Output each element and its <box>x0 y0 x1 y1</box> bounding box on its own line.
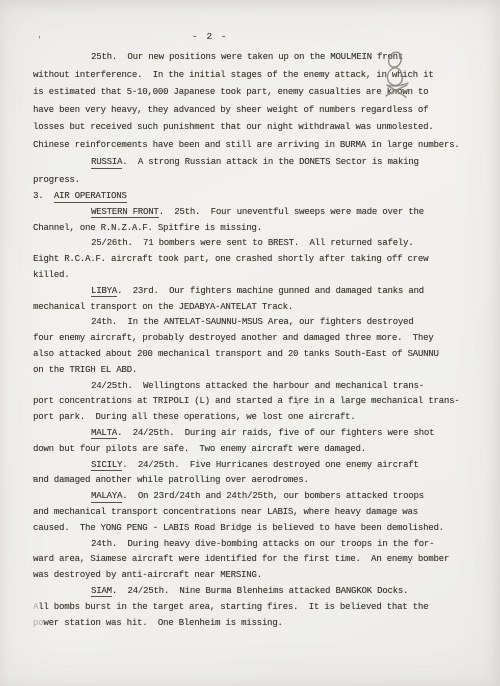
document-line: caused. The YONG PENG - LABIS Road Bridg… <box>33 521 473 537</box>
paragraph: 25/26th. 71 bombers were sent to BREST. … <box>33 236 473 283</box>
document-line: on the TRIGH EL ABD. <box>33 363 473 379</box>
paragraph: LIBYA. 23rd. Our fighters machine gunned… <box>33 284 473 316</box>
document-line: mechanical transport on the JEDABYA-ANTE… <box>33 300 473 316</box>
text-segment: was destroyed by anti-aircraft near MERS… <box>33 570 262 580</box>
document-line: 24/25th. Wellingtons attacked the harbou… <box>33 379 473 395</box>
text-segment: 24th. In the ANTELAT-SAUNNU-MSUS Area, o… <box>91 317 413 327</box>
document-line: port park. During all these operations, … <box>33 410 473 426</box>
paragraph: 24th. In the ANTELAT-SAUNNU-MSUS Area, o… <box>33 315 473 378</box>
text-segment: . On 23rd/24th and 24th/25th, our bomber… <box>122 491 424 501</box>
text-segment: 24/25th. Wellingtons attacked the harbou… <box>91 381 424 391</box>
text-segment: Chinese reinforcements have been and sti… <box>33 140 459 150</box>
paragraph: 24/25th. Wellingtons attacked the harbou… <box>33 379 473 426</box>
text-segment: have been very heavy, they advanced by s… <box>33 105 428 115</box>
paragraph: SICILY. 24/25th. Five Hurricanes destroy… <box>33 458 473 490</box>
text-segment: losses but received such punishment that… <box>33 122 433 132</box>
text-segment: wer station was hit. One Blenheim is mis… <box>43 618 282 628</box>
text-segment: . 24/25th. During air raids, five of our… <box>117 428 434 438</box>
section-heading-text: AIR OPERATIONS <box>54 191 127 203</box>
paragraph: MALTA. 24/25th. During air raids, five o… <box>33 426 473 458</box>
paragraph: MALAYA. On 23rd/24th and 24th/25th, our … <box>33 489 473 536</box>
ink-speck: ' <box>37 37 42 45</box>
page-number: - 2 - <box>192 31 228 42</box>
section-heading-text: RUSSIA <box>91 157 122 169</box>
text-segment: four enemy aircraft, probably destroyed … <box>33 333 433 343</box>
document-line: RUSSIA. A strong Russian attack in the D… <box>33 154 473 172</box>
document-line: 3. AIR OPERATIONS <box>33 189 473 205</box>
document-line: LIBYA. 23rd. Our fighters machine gunned… <box>33 284 473 300</box>
text-segment: . 23rd. Our fighters machine gunned and … <box>117 286 424 296</box>
document-line: power station was hit. One Blenheim is m… <box>33 616 473 632</box>
text-segment: . 24/25th. Five Hurricanes destroyed one… <box>122 460 418 470</box>
document-line: four enemy aircraft, probably destroyed … <box>33 331 473 347</box>
document-line: MALAYA. On 23rd/24th and 24th/25th, our … <box>33 489 473 505</box>
document-line: Chinese reinforcements have been and sti… <box>33 137 473 155</box>
text-segment: ward area, Siamese aircraft were identif… <box>33 554 449 564</box>
document-line: ward area, Siamese aircraft were identif… <box>33 552 473 568</box>
document-line: 24th. In the ANTELAT-SAUNNU-MSUS Area, o… <box>33 315 473 331</box>
document-line: also attacked about 200 mechanical trans… <box>33 347 473 363</box>
text-segment: ll bombs burst in the target area, start… <box>38 602 428 612</box>
section-heading-text: LIBYA <box>91 286 117 298</box>
document-line: 24th. During heavy dive-bombing attacks … <box>33 537 473 553</box>
section-heading-text: MALAYA <box>91 491 122 503</box>
section-heading-text: SICILY <box>91 460 122 472</box>
document-line: All bombs burst in the target area, star… <box>33 600 473 616</box>
text-segment: 24th. During heavy dive-bombing attacks … <box>91 539 434 549</box>
text-segment: 25/26th. 71 bombers were sent to BREST. … <box>91 238 413 248</box>
paragraph: SIAM. 24/25th. Nine Burma Blenheims atta… <box>33 584 473 631</box>
document-line: and damaged another while patrolling ove… <box>33 473 473 489</box>
section-heading-text: WESTERN FRONT <box>91 207 159 219</box>
text-segment: is estimated that 5-10,000 Japanese took… <box>33 87 428 97</box>
document-line: 25/26th. 71 bombers were sent to BREST. … <box>33 236 473 252</box>
document-line: Channel, one R.N.Z.A.F. Spitfire is miss… <box>33 221 473 237</box>
document-line: port concentrations at TRIPOLI (L) and s… <box>33 394 473 410</box>
text-segment: port concentrations at TRIPOLI (L) and s… <box>33 396 459 406</box>
text-segment: port park. During all these operations, … <box>33 412 355 422</box>
section-heading-text: SIAM <box>91 586 112 598</box>
text-segment: Eight R.C.A.F. aircraft took part, one c… <box>33 254 428 264</box>
text-segment: . 24/25th. Nine Burma Blenheims attacked… <box>112 586 408 596</box>
document-line: killed. <box>33 268 473 284</box>
document-line: was destroyed by anti-aircraft near MERS… <box>33 568 473 584</box>
document-line: MALTA. 24/25th. During air raids, five o… <box>33 426 473 442</box>
text-segment: also attacked about 200 mechanical trans… <box>33 349 439 359</box>
paragraph: 3. AIR OPERATIONS <box>33 189 473 205</box>
document-line: and mechanical transport concentrations … <box>33 505 473 521</box>
paragraph: WESTERN FRONT. 25th. Four uneventful swe… <box>33 205 473 237</box>
section-heading-text: MALTA <box>91 428 117 440</box>
text-segment: and mechanical transport concentrations … <box>33 507 418 517</box>
document-line: progress. <box>33 172 473 190</box>
scanned-page: - 2 - 25th. Our new positions were taken… <box>0 0 500 686</box>
text-segment: caused. The YONG PENG - LABIS Road Bridg… <box>33 523 444 533</box>
text-segment: Channel, one R.N.Z.A.F. Spitfire is miss… <box>33 223 262 233</box>
handwritten-scribble-icon <box>381 49 415 105</box>
document-line: down but four pilots are safe. Two enemy… <box>33 442 473 458</box>
text-segment: 3. <box>33 191 54 201</box>
text-segment: on the TRIGH EL ABD. <box>33 365 137 375</box>
text-segment: po <box>33 618 43 628</box>
text-segment: and damaged another while patrolling ove… <box>33 475 309 485</box>
ink-speck: ' <box>31 478 36 486</box>
text-segment: A <box>33 602 38 612</box>
document-line: SICILY. 24/25th. Five Hurricanes destroy… <box>33 458 473 474</box>
paragraph: RUSSIA. A strong Russian attack in the D… <box>33 154 473 189</box>
text-segment: without interference. In the initial sta… <box>33 70 433 80</box>
text-segment: 25th. Our new positions were taken up on… <box>91 52 403 62</box>
document-line: losses but received such punishment that… <box>33 119 473 137</box>
document-line: SIAM. 24/25th. Nine Burma Blenheims atta… <box>33 584 473 600</box>
paragraph: 24th. During heavy dive-bombing attacks … <box>33 537 473 584</box>
text-segment: down but four pilots are safe. Two enemy… <box>33 444 366 454</box>
ink-speck: ; <box>296 399 300 407</box>
text-segment: progress. <box>33 175 80 185</box>
text-segment: . 25th. Four uneventful sweeps were made… <box>159 207 424 217</box>
document-line: WESTERN FRONT. 25th. Four uneventful swe… <box>33 205 473 221</box>
text-segment: killed. <box>33 270 69 280</box>
text-segment: . A strong Russian attack in the DONETS … <box>122 157 418 167</box>
text-segment: mechanical transport on the JEDABYA-ANTE… <box>33 302 293 312</box>
document-line: Eight R.C.A.F. aircraft took part, one c… <box>33 252 473 268</box>
document-body: 25th. Our new positions were taken up on… <box>33 49 473 631</box>
